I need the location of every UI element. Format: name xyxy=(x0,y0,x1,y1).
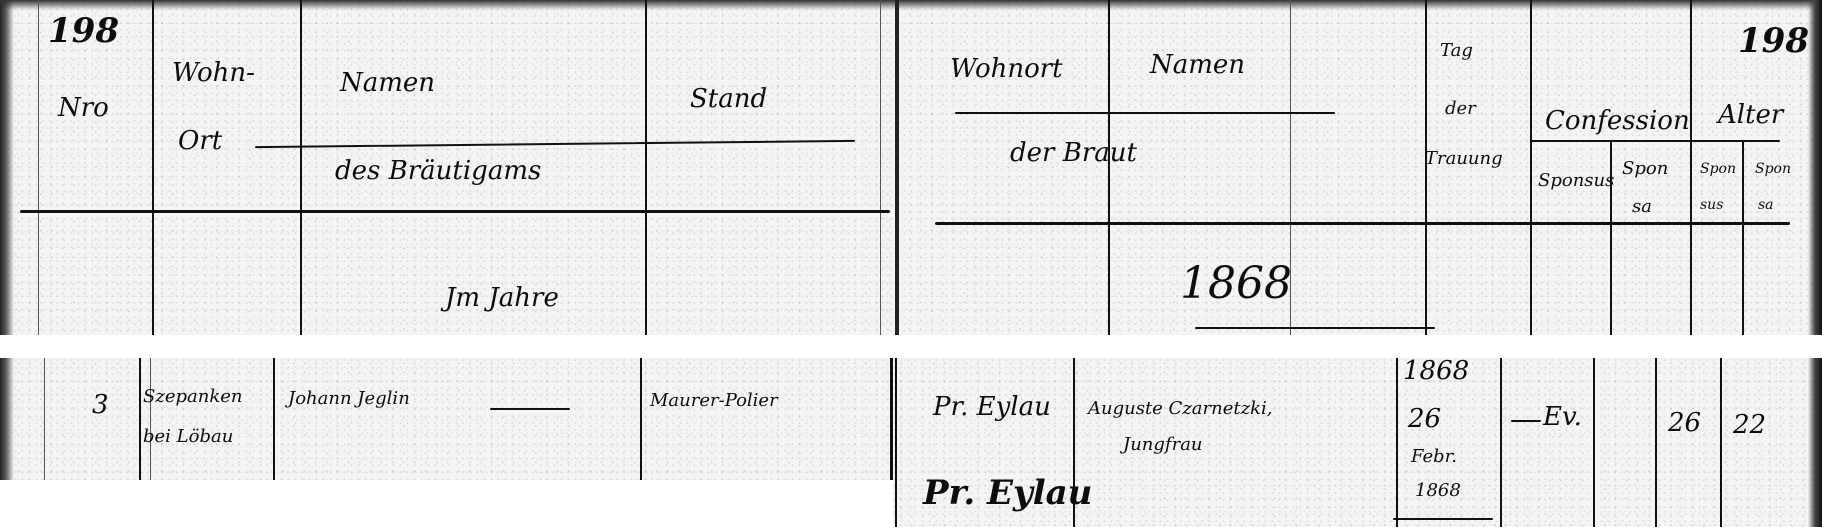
year-heading-year: 1868 xyxy=(1180,262,1292,306)
column-rule xyxy=(150,358,151,480)
entry-number: 3 xyxy=(92,392,109,418)
age-sponsus: 26 xyxy=(1668,410,1701,436)
header-confession-sponsa-l2: sa xyxy=(1632,198,1652,216)
header-bride-name: Namen xyxy=(1150,52,1245,78)
year-underline xyxy=(1195,327,1435,329)
column-rule xyxy=(139,358,141,480)
header-occupation: Stand xyxy=(690,86,767,112)
age-sponsa: 22 xyxy=(1733,412,1766,438)
header-date-line2: der xyxy=(1445,100,1476,118)
column-rule xyxy=(1530,0,1532,335)
header-date-line1: Tag xyxy=(1440,42,1473,60)
column-rule xyxy=(1690,0,1692,335)
entry-strip-right: Pr. Eylau Auguste Czarnetzki, Jungfrau 1… xyxy=(893,358,1822,527)
column-rule xyxy=(1655,358,1657,527)
header-confession-sponsus: Sponsus xyxy=(1538,172,1614,190)
confession-value: Ev. xyxy=(1543,404,1582,430)
confession-age-rule xyxy=(1530,140,1780,142)
column-rule xyxy=(300,0,302,335)
dash-filler xyxy=(490,408,570,410)
header-bride-group: der Braut xyxy=(1010,140,1137,166)
page-number-left: 198 xyxy=(48,14,119,48)
groom-occupation: Maurer-Polier xyxy=(650,392,778,410)
bride-name-line2: Jungfrau xyxy=(1123,436,1203,454)
header-age: Alter xyxy=(1718,102,1783,128)
header-date-line3: Trauung xyxy=(1425,150,1503,168)
entry-strip-left: 3 Szepanken bei Löbau Johann Jeglin Maur… xyxy=(0,358,893,480)
header-age-sponsa-l1: Spon xyxy=(1755,162,1791,176)
header-age-sponsa-l2: sa xyxy=(1758,198,1774,212)
column-rule xyxy=(1396,358,1398,527)
header-residence-line2: Ort xyxy=(178,128,222,154)
groom-name: Johann Jeglin xyxy=(288,390,410,408)
column-rule xyxy=(640,358,642,480)
wedding-month: Febr. xyxy=(1411,448,1457,466)
header-age-sponsus-l2: sus xyxy=(1700,198,1723,212)
header-bride-residence: Wohnort xyxy=(950,56,1063,82)
next-entry-bride-residence: Pr. Eylau xyxy=(923,476,1092,510)
dash-filler xyxy=(1511,420,1541,422)
page-edge-shadow xyxy=(1808,358,1822,527)
header-groom-group: des Bräutigams xyxy=(335,158,541,184)
header-number: Nro xyxy=(58,95,109,121)
wedding-year-top: 1868 xyxy=(1403,358,1469,384)
header-confession: Confession xyxy=(1545,108,1690,134)
page-edge-shadow xyxy=(0,0,14,335)
wedding-day: 26 xyxy=(1408,406,1441,432)
bride-name-line1: Auguste Czarnetzki, xyxy=(1088,400,1273,418)
header-rule xyxy=(935,222,1790,225)
header-rule xyxy=(20,210,890,213)
column-rule xyxy=(1742,140,1744,335)
header-groom-name: Namen xyxy=(340,70,435,96)
group-brace xyxy=(255,140,855,148)
register-header-strip: 198 198 Nro Wohn- Ort Namen Stand des Br… xyxy=(0,0,1822,335)
groom-residence-line1: Szepanken xyxy=(143,388,242,406)
header-residence-line1: Wohn- xyxy=(172,60,255,86)
column-rule xyxy=(1720,358,1722,527)
wedding-year: 1868 xyxy=(1415,482,1461,500)
groom-residence-line2: bei Löbau xyxy=(143,428,233,446)
column-rule xyxy=(895,358,897,527)
column-rule xyxy=(880,0,881,335)
column-rule xyxy=(44,358,45,480)
column-rule xyxy=(38,0,39,335)
page-number-right: 198 xyxy=(1738,24,1809,58)
page-edge-shadow xyxy=(1808,0,1822,335)
column-rule xyxy=(1500,358,1502,527)
header-age-sponsus-l1: Spon xyxy=(1700,162,1736,176)
group-brace xyxy=(955,112,1335,114)
column-rule xyxy=(645,0,647,335)
page-edge-shadow xyxy=(0,358,14,480)
page-edge-shadow xyxy=(0,0,1822,10)
column-rule xyxy=(152,0,154,335)
row-rule xyxy=(1393,518,1493,520)
year-heading-prefix: Jm Jahre xyxy=(445,285,559,311)
page-gutter xyxy=(895,0,899,335)
column-rule xyxy=(273,358,275,480)
bride-residence: Pr. Eylau xyxy=(933,394,1051,420)
header-confession-sponsa-l1: Spon xyxy=(1622,160,1668,178)
column-rule xyxy=(1593,358,1595,527)
